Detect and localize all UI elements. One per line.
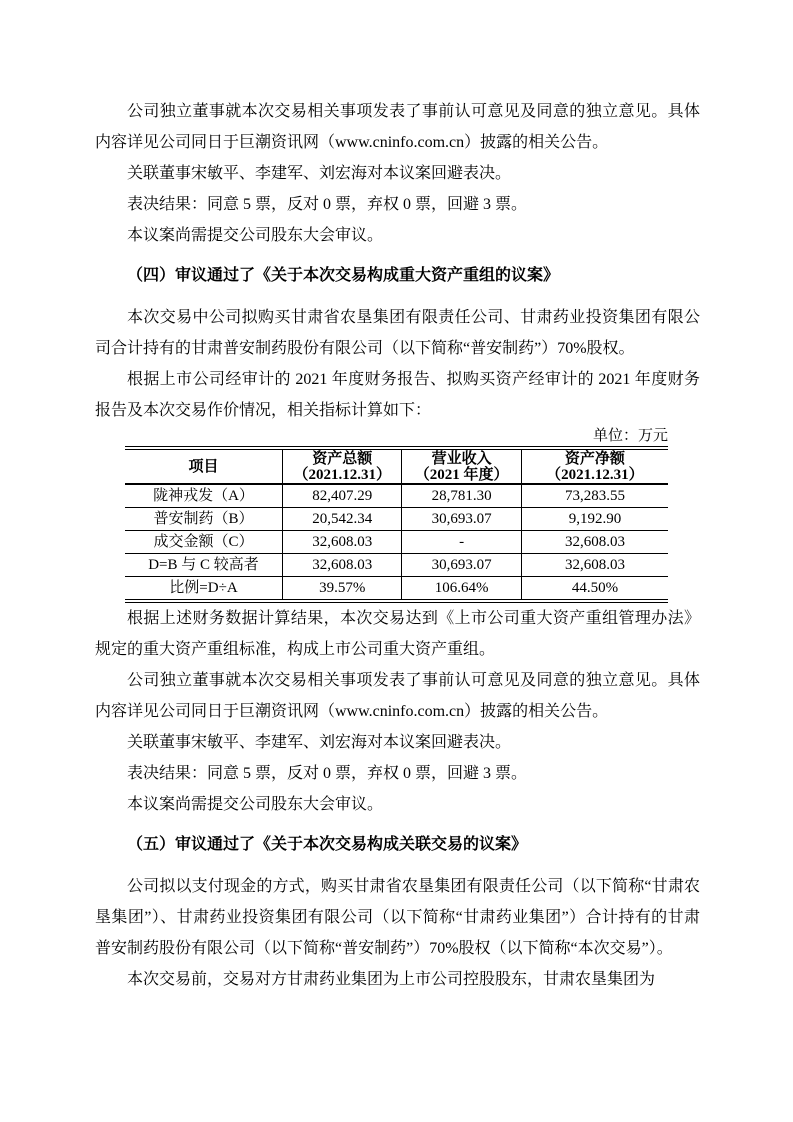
para-related-directors-recusal: 关联董事宋敏平、李建军、刘宏海对本议案回避表决。 [95,158,700,189]
cell-value: 20,542.34 [282,508,401,531]
para-section4-conclusion: 根据上述财务数据计算结果，本次交易达到《上市公司重大资产重组管理办法》规定的重大… [95,603,700,665]
para-section5-before-transaction: 本次交易前，交易对方甘肃药业集团为上市公司控股股东，甘肃农垦集团为 [95,964,700,995]
col-header-total-assets: 资产总额 （2021.12.31） [282,448,401,484]
col-header-total-assets-line2: （2021.12.31） [283,467,401,483]
col-header-revenue-line2: （2021 年度） [402,467,520,483]
cell-label: D=B 与 C 较高者 [125,554,282,577]
document-page: 公司独立董事就本次交易相关事项发表了事前认可意见及同意的独立意见。具体内容详见公… [0,0,793,1122]
para-related-directors-recusal: 关联董事宋敏平、李建军、刘宏海对本议案回避表决。 [95,727,700,758]
section5-heading: （五）审议通过了《关于本次交易构成关联交易的议案》 [95,829,700,860]
col-header-net-assets-line2: （2021.12.31） [522,467,668,483]
cell-value: 30,693.07 [402,508,521,531]
para-section4-intro: 本次交易中公司拟购买甘肃省农垦集团有限责任公司、甘肃药业投资集团有限公司合计持有… [95,302,700,364]
cell-value: 32,608.03 [521,554,668,577]
col-header-item-line1: 项目 [125,459,282,475]
cell-value: 106.64% [402,577,521,602]
col-header-revenue: 营业收入 （2021 年度） [402,448,521,484]
para-independent-opinion: 公司独立董事就本次交易相关事项发表了事前认可意见及同意的独立意见。具体内容详见公… [95,96,700,158]
cell-value: 32,608.03 [282,531,401,554]
cell-value: 32,608.03 [521,531,668,554]
cell-value: 73,283.55 [521,484,668,508]
cell-label: 比例=D÷A [125,577,282,602]
table-row-longshen: 陇神戎发（A） 82,407.29 28,781.30 73,283.55 [125,484,668,508]
cell-value: 30,693.07 [402,554,521,577]
cell-value: 39.57% [282,577,401,602]
para-vote-result: 表决结果：同意 5 票，反对 0 票，弃权 0 票，回避 3 票。 [95,758,700,789]
para-submit-shareholders: 本议案尚需提交公司股东大会审议。 [95,220,700,251]
para-section5-intro: 公司拟以支付现金的方式，购买甘肃省农垦集团有限责任公司（以下简称“甘肃农垦集团”… [95,871,700,964]
col-header-net-assets: 资产净额 （2021.12.31） [521,448,668,484]
para-submit-shareholders: 本议案尚需提交公司股东大会审议。 [95,789,700,820]
col-header-total-assets-line1: 资产总额 [283,451,401,467]
table-header-row: 项目 资产总额 （2021.12.31） 营业收入 （2021 年度） 资产净额… [125,448,668,484]
cell-value: 28,781.30 [402,484,521,508]
table-row-deal-amount: 成交金额（C） 32,608.03 - 32,608.03 [125,531,668,554]
col-header-item: 项目 [125,448,282,484]
cell-value: 9,192.90 [521,508,668,531]
table-row-ratio: 比例=D÷A 39.57% 106.64% 44.50% [125,577,668,602]
section4-heading: （四）审议通过了《关于本次交易构成重大资产重组的议案》 [95,260,700,291]
cell-value: - [402,531,521,554]
col-header-revenue-line1: 营业收入 [402,451,520,467]
financial-indicators-table-wrap: 项目 资产总额 （2021.12.31） 营业收入 （2021 年度） 资产净额… [125,446,668,603]
financial-indicators-table: 项目 资产总额 （2021.12.31） 营业收入 （2021 年度） 资产净额… [125,446,668,603]
cell-value: 32,608.03 [282,554,401,577]
cell-value: 82,407.29 [282,484,401,508]
para-independent-opinion: 公司独立董事就本次交易相关事项发表了事前认可意见及同意的独立意见。具体内容详见公… [95,665,700,727]
cell-label: 陇神戎发（A） [125,484,282,508]
para-section4-basis: 根据上市公司经审计的 2021 年度财务报告、拟购买资产经审计的 2021 年度… [95,364,700,426]
cell-label: 普安制药（B） [125,508,282,531]
para-vote-result: 表决结果：同意 5 票，反对 0 票，弃权 0 票，回避 3 票。 [95,189,700,220]
table-row-puan: 普安制药（B） 20,542.34 30,693.07 9,192.90 [125,508,668,531]
table-unit-label: 单位：万元 [95,426,668,446]
col-header-net-assets-line1: 资产净额 [522,451,668,467]
cell-value: 44.50% [521,577,668,602]
cell-label: 成交金额（C） [125,531,282,554]
table-row-higher-of-bc: D=B 与 C 较高者 32,608.03 30,693.07 32,608.0… [125,554,668,577]
